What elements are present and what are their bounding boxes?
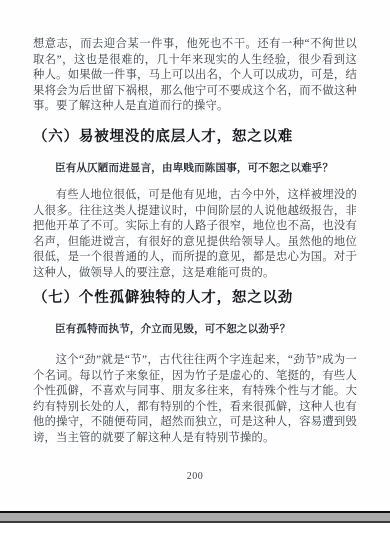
document-viewer: 想意志，而去迎合某一件事，他死也不干。还有一种“不徇世以取名”，这也是很难的，几… <box>0 0 390 546</box>
page-number: 200 <box>0 471 390 482</box>
book-page: 想意志，而去迎合某一件事，他死也不干。还有一种“不徇世以取名”，这也是很难的，几… <box>0 0 390 511</box>
section-6-body-paragraph: 有些人地位很低，可是他有见地，古今中外，这样被埋没的人很多。往往这类人提建议时，… <box>33 188 357 281</box>
section-6-heading: （六）易被埋没的底层人才，恕之以难 <box>33 128 357 146</box>
section-6-classic-quote: 臣有从仄陋而进显言，由卑贱而陈国事，可不恕之以难乎？ <box>55 162 351 175</box>
page-content: 想意志，而去迎合某一件事，他死也不干。还有一种“不徇世以取名”，这也是很难的，几… <box>33 37 357 446</box>
section-7-body-paragraph: 这个“劲”就是“节”，古代往往两个字连起来，“劲节”成为一个名词。每以竹子来象征… <box>33 353 357 446</box>
page-break-divider <box>0 511 390 523</box>
section-7-classic-quote: 臣有孤特而执节，介立而见毁，可不恕之以劲乎？ <box>55 323 351 336</box>
continued-paragraph: 想意志，而去迎合某一件事，他死也不干。还有一种“不徇世以取名”，这也是很难的，几… <box>33 37 357 115</box>
section-7-heading: （七）个性孤僻独特的人才，恕之以劲 <box>33 289 357 307</box>
next-page-edge <box>0 523 390 546</box>
page-break-gap <box>0 513 390 521</box>
